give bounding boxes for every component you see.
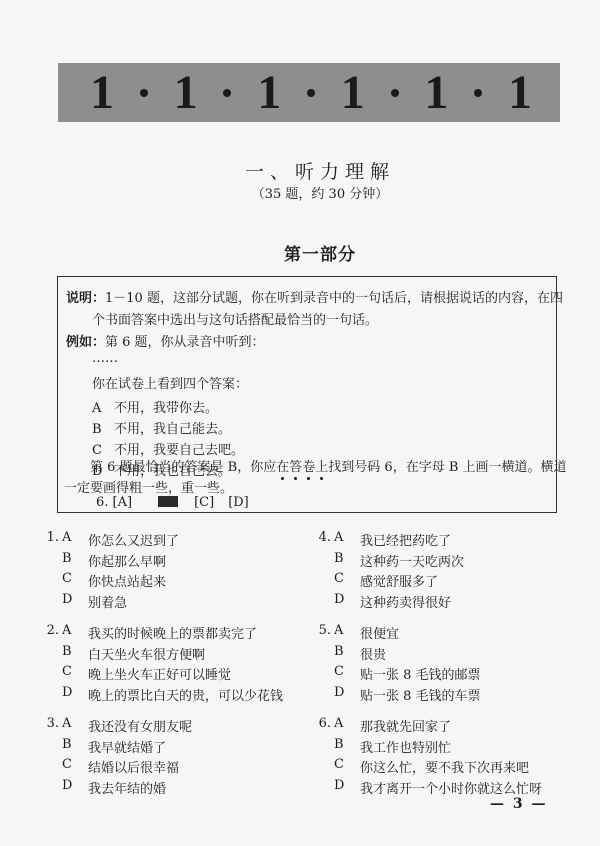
filled-answer-mark xyxy=(158,496,178,507)
option-letter: A xyxy=(62,530,88,551)
example-ellipsis: …… xyxy=(92,351,118,366)
instructions-text: 1－10 题，这部分试题，你在听到录音中的一句话后，请根据说话的内容，在四 xyxy=(105,291,563,306)
option-letter: A xyxy=(334,530,360,551)
option-text: 很便宜 xyxy=(360,623,399,644)
example-text: 第 6 题，你从录音中听到： xyxy=(105,335,265,350)
explanation-line-1: 第 6 题最恰当的答案是 B，你应在答卷上找到号码 6，在字母 B 上画一横道。… xyxy=(90,456,567,475)
option-letter: D xyxy=(334,592,360,613)
option-letter: B xyxy=(62,644,88,665)
chapter-header-bar: 1 1 1 1 1 1 xyxy=(58,63,560,122)
header-digit: 1 xyxy=(174,69,198,117)
header-dot xyxy=(474,89,482,97)
answer-sheet-sample: 6. [A][C][D] xyxy=(96,495,263,510)
emphasis-char: 在 xyxy=(276,456,289,475)
example-label: 例如： xyxy=(66,335,105,350)
instructions-line-2: 个书面答案中选出与这句话搭配最恰当的一句话。 xyxy=(92,309,378,328)
explanation-text: 找到号码 6，在字母 B 上画一横道。横道 xyxy=(328,460,566,475)
option-text: 我才离开一个小时你就这么忙呀 xyxy=(360,778,542,799)
option-letter: C xyxy=(334,571,360,592)
option-letter: B xyxy=(62,551,88,572)
example-line: 例如：第 6 题，你从录音中听到： xyxy=(66,331,265,350)
section-subtitle: （35 题，约 30 分钟） xyxy=(0,183,600,202)
question-number: 5. xyxy=(314,623,334,644)
option-text: 你怎么又迟到了 xyxy=(88,530,179,551)
option-text: 我已经把药吃了 xyxy=(360,530,451,551)
option-text: 我早就结婚了 xyxy=(88,737,166,758)
question-number: 6. xyxy=(314,716,334,737)
option-letter: B xyxy=(334,737,360,758)
explanation-text: 第 6 题最恰当的答案是 B，你应 xyxy=(90,460,276,475)
example-option-b: B不用，我自己能去。 xyxy=(92,418,231,437)
question-4: 4.A我已经把药吃了 B这种药一天吃两次 C感觉舒服多了 D这种药卖得很好 xyxy=(314,530,464,612)
option-letter: A xyxy=(62,623,88,644)
option-letter: C xyxy=(334,757,360,778)
answer-number: 6. xyxy=(96,495,108,510)
option-letter: A xyxy=(92,401,114,416)
option-text: 那我就先回家了 xyxy=(360,716,451,737)
question-3: 3.A我还没有女朋友呢 B我早就结婚了 C结婚以后很幸福 D我去年结的婚 xyxy=(42,716,192,798)
header-dot xyxy=(140,89,148,97)
option-text: 我买的时候晚上的票都卖完了 xyxy=(88,623,257,644)
option-text: 很贵 xyxy=(360,644,386,665)
option-text: 白天坐火车很方便啊 xyxy=(88,644,205,665)
option-letter: D xyxy=(334,778,360,799)
option-letter: C xyxy=(62,757,88,778)
option-letter: C xyxy=(62,664,88,685)
see-answers-text: 你在试卷上看到四个答案： xyxy=(92,373,248,392)
header-dot xyxy=(223,89,231,97)
option-text: 我工作也特别忙 xyxy=(360,737,451,758)
option-text: 不用，我自己能去。 xyxy=(114,422,231,437)
question-6: 6.A那我就先回家了 B我工作也特别忙 C你这么忙，要不我下次再来吧 D我才离开… xyxy=(314,716,542,798)
option-text: 你这么忙，要不我下次再来吧 xyxy=(360,757,529,778)
option-letter: D xyxy=(334,685,360,706)
instructions-label: 说明： xyxy=(66,291,105,306)
option-letter: A xyxy=(334,623,360,644)
emphasis-char: 答 xyxy=(289,456,302,475)
option-letter: D xyxy=(62,592,88,613)
option-letter: B xyxy=(334,551,360,572)
part-title: 第一部分 xyxy=(0,240,600,265)
option-text: 这种药一天吃两次 xyxy=(360,551,464,572)
header-dot xyxy=(391,89,399,97)
option-letter: B xyxy=(62,737,88,758)
page-number: — 3 — xyxy=(490,796,548,812)
example-option-a: A不用，我带你去。 xyxy=(92,397,218,416)
answer-option-a: [A] xyxy=(113,495,133,510)
option-letter: A xyxy=(62,716,88,737)
option-text: 贴一张 8 毛钱的邮票 xyxy=(360,664,481,685)
question-number: 4. xyxy=(314,530,334,551)
explanation-line-2: 一定要画得粗一些，重一些。 xyxy=(64,477,233,496)
option-letter: C xyxy=(62,571,88,592)
section-title: 一、听力理解 xyxy=(0,157,600,184)
option-text: 别着急 xyxy=(88,592,127,613)
header-digit: 1 xyxy=(424,69,448,117)
header-digit: 1 xyxy=(257,69,281,117)
question-5: 5.A很便宜 B很贵 C贴一张 8 毛钱的邮票 D贴一张 8 毛钱的车票 xyxy=(314,623,481,705)
option-text: 我去年结的婚 xyxy=(88,778,166,799)
question-number: 1. xyxy=(42,530,62,551)
header-digit: 1 xyxy=(341,69,365,117)
emphasis-char: 卷 xyxy=(302,456,315,475)
option-text: 感觉舒服多了 xyxy=(360,571,438,592)
option-text: 我还没有女朋友呢 xyxy=(88,716,192,737)
question-1: 1.A你怎么又迟到了 B你起那么早啊 C你快点站起来 D别着急 xyxy=(42,530,179,612)
emphasis-char: 上 xyxy=(315,456,328,475)
answer-option-c: [C] xyxy=(194,495,214,510)
question-number: 2. xyxy=(42,623,62,644)
question-2: 2.A我买的时候晚上的票都卖完了 B白天坐火车很方便啊 C晚上坐火车正好可以睡觉… xyxy=(42,623,283,705)
option-letter: B xyxy=(92,422,114,437)
option-letter: D xyxy=(62,685,88,706)
question-number: 3. xyxy=(42,716,62,737)
option-letter: B xyxy=(334,644,360,665)
header-digit: 1 xyxy=(508,69,532,117)
option-text: 你快点站起来 xyxy=(88,571,166,592)
option-text: 晚上的票比白天的贵，可以少花钱 xyxy=(88,685,283,706)
option-text: 结婚以后很幸福 xyxy=(88,757,179,778)
instructions-line-1: 说明：1－10 题，这部分试题，你在听到录音中的一句话后，请根据说话的内容，在四 xyxy=(66,287,563,306)
option-letter: A xyxy=(334,716,360,737)
option-letter: D xyxy=(62,778,88,799)
header-digit: 1 xyxy=(90,69,114,117)
option-text: 贴一张 8 毛钱的车票 xyxy=(360,685,481,706)
header-dot xyxy=(307,89,315,97)
option-text: 你起那么早啊 xyxy=(88,551,166,572)
option-text: 这种药卖得很好 xyxy=(360,592,451,613)
answer-option-d: [D] xyxy=(228,495,249,510)
option-text: 不用，我带你去。 xyxy=(114,401,218,416)
option-letter: C xyxy=(334,664,360,685)
option-text: 晚上坐火车正好可以睡觉 xyxy=(88,664,231,685)
